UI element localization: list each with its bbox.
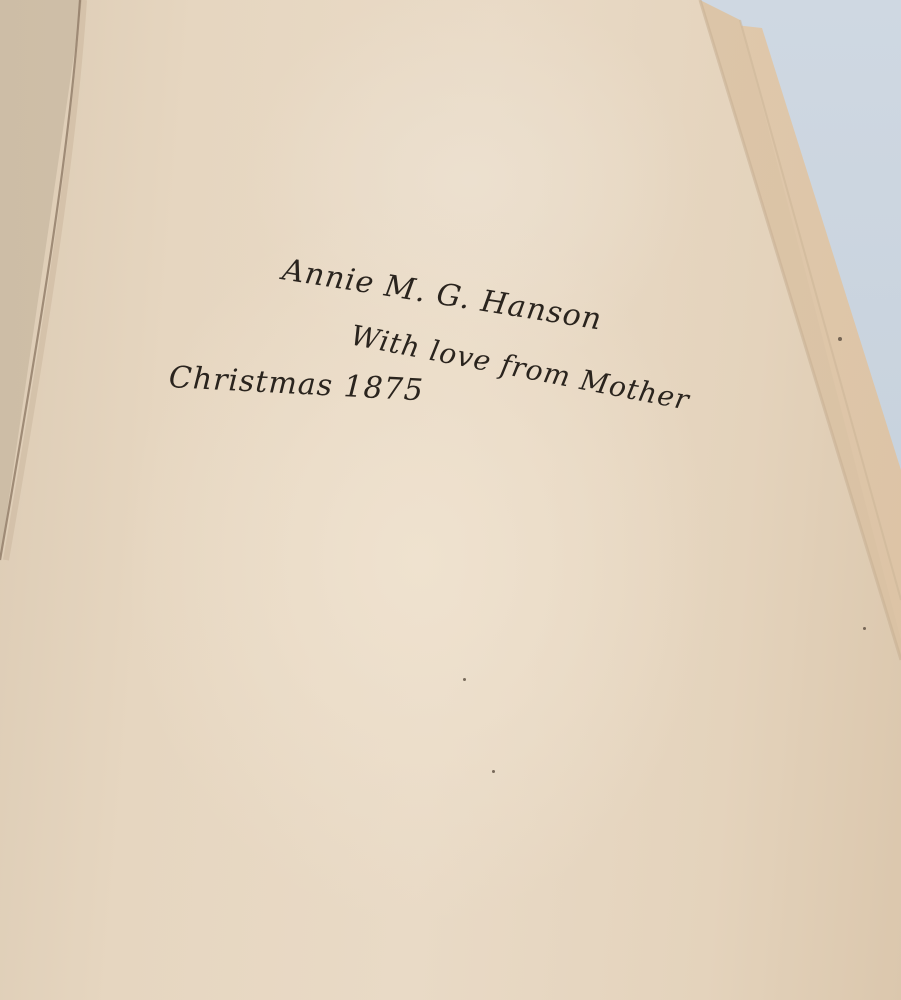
paper-speck	[463, 678, 466, 681]
paper-speck	[838, 337, 842, 341]
book-photo: Annie M. G. Hanson With love from Mother…	[0, 0, 901, 1000]
paper-speck	[492, 770, 495, 773]
paper-speck	[863, 627, 866, 630]
